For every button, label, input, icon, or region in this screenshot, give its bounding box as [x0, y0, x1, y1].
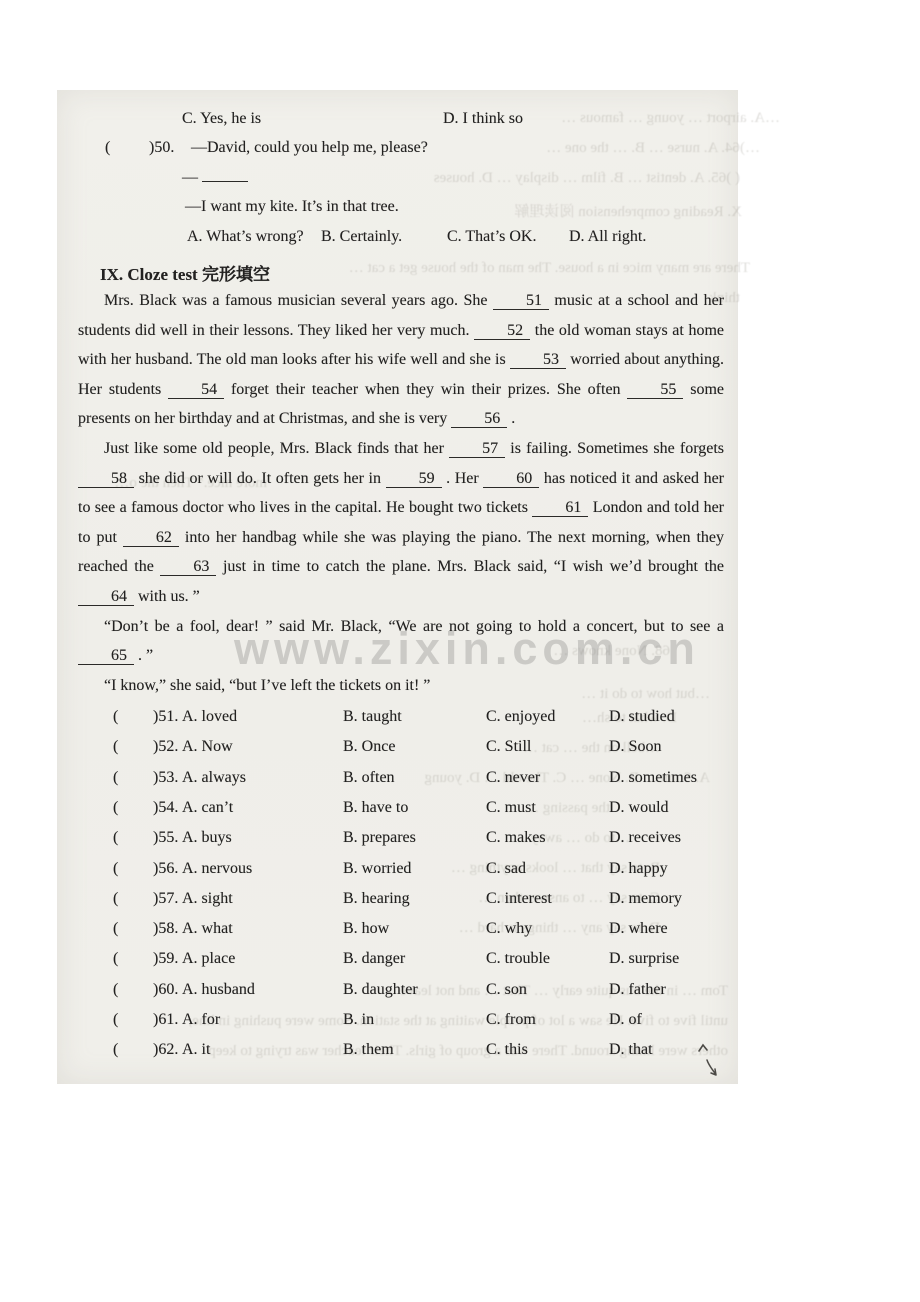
question50-blank-line: —	[182, 168, 248, 187]
bleedthrough-text: …)64. A. nurse … B. … the one …	[430, 140, 760, 157]
cloze-option-row: ( )55. A. buys B. prepares C. makes D. r…	[57, 829, 738, 859]
scanned-test-page: { "page": { "background": "#ffffff", "pa…	[0, 0, 920, 1302]
option-b: B. hearing	[343, 890, 410, 908]
option-c: C. interest	[486, 890, 552, 908]
answer-paren: (	[113, 1011, 118, 1029]
option-d: D. receives	[609, 829, 681, 847]
option-b: B. them	[343, 1041, 394, 1059]
option-d: D. of	[609, 1011, 642, 1029]
bleedthrough-text: There are many mice in a house. The man …	[290, 260, 750, 277]
answer-paren: (	[113, 1041, 118, 1059]
question-number: )57.	[153, 890, 178, 908]
option-d: D. sometimes	[609, 769, 697, 787]
cloze-option-row: ( )62. A. it B. them C. this D. that	[57, 1041, 738, 1071]
cloze-blank: 64	[78, 589, 134, 606]
option-b: B. daughter	[343, 981, 418, 999]
answer-paren: (	[113, 708, 118, 726]
option-c: C. why	[486, 920, 532, 938]
option-c: C. trouble	[486, 950, 550, 968]
cloze-option-row: ( )60. A. husband B. daughter C. son D. …	[57, 981, 738, 1011]
option-b: B. how	[343, 920, 389, 938]
answer-blank-underline	[202, 168, 248, 182]
option-a: A. nervous	[182, 860, 252, 878]
option-c: C. sad	[486, 860, 526, 878]
cloze-blank: 65	[78, 648, 134, 665]
question-number: )54.	[153, 799, 178, 817]
question50-line3: —I want my kite. It’s in that tree.	[185, 198, 399, 216]
question-prompt: —David, could you help me, please?	[191, 139, 428, 157]
cloze-option-row: ( )51. A. loved B. taught C. enjoyed D. …	[57, 708, 738, 738]
question-number: )51.	[153, 708, 178, 726]
answer-paren: (	[113, 981, 118, 999]
cloze-option-row: ( )59. A. place B. danger C. trouble D. …	[57, 950, 738, 980]
option-b: B. prepares	[343, 829, 416, 847]
watermark-text: www.zixin.com.cn	[234, 623, 700, 675]
cloze-blank: 55	[627, 382, 683, 399]
option-c: C. must	[486, 799, 536, 817]
bleedthrough-text: X. Reading comprehension 阅读理解	[432, 200, 742, 221]
option-a: A. what	[182, 920, 233, 938]
question-number: )50.	[149, 139, 174, 157]
cloze-blank: 60	[483, 471, 539, 488]
option-d: D. memory	[609, 890, 682, 908]
option-a: A. always	[182, 769, 246, 787]
option-d: D. Soon	[609, 738, 661, 756]
scanned-paper: …A. airport … young … famous ……)64. A. n…	[57, 90, 738, 1084]
cloze-option-row: ( )61. A. for B. in C. from D. of	[57, 1011, 738, 1041]
cloze-option-row: ( )54. A. can’t B. have to C. must D. wo…	[57, 799, 738, 829]
question-number: )61.	[153, 1011, 178, 1029]
answer-paren: (	[113, 920, 118, 938]
cloze-blank: 58	[78, 471, 134, 488]
option-c: C. Still	[486, 738, 531, 756]
option-d: D. would	[609, 799, 669, 817]
option-d: D. that	[609, 1041, 653, 1059]
option-c: C. Yes, he is	[182, 110, 261, 128]
option-a: A. buys	[182, 829, 232, 847]
answer-paren: (	[113, 799, 118, 817]
cloze-blank: 57	[449, 441, 505, 458]
answer-paren: (	[113, 860, 118, 878]
option-b: B. in	[343, 1011, 374, 1029]
bleedthrough-text: …A. airport … young … famous …	[500, 110, 780, 127]
option-a: A. for	[182, 1011, 220, 1029]
answer-paren: (	[113, 890, 118, 908]
option-b: B. Once	[343, 738, 395, 756]
option-a: A. husband	[182, 981, 255, 999]
cloze-option-row: ( )57. A. sight B. hearing C. interest D…	[57, 890, 738, 920]
option-a: A. sight	[182, 890, 233, 908]
cloze-option-row: ( )56. A. nervous B. worried C. sad D. h…	[57, 860, 738, 890]
cloze-blank: 63	[160, 559, 216, 576]
cloze-paragraph-2: Just like some old people, Mrs. Black fi…	[78, 434, 724, 612]
answer-a: A. What’s wrong?	[187, 228, 304, 246]
cloze-paragraph-1: Mrs. Black was a famous musician several…	[78, 286, 724, 434]
option-b: B. danger	[343, 950, 405, 968]
option-a: A. place	[182, 950, 235, 968]
option-b: B. have to	[343, 799, 408, 817]
cloze-blank: 54	[168, 382, 224, 399]
option-c: C. this	[486, 1041, 528, 1059]
question-number: )56.	[153, 860, 178, 878]
cloze-option-row: ( )52. A. Now B. Once C. Still D. Soon	[57, 738, 738, 768]
question-number: )55.	[153, 829, 178, 847]
question-number: )52.	[153, 738, 178, 756]
answer-paren: (	[113, 769, 118, 787]
cloze-options-list: ( )51. A. loved B. taught C. enjoyed D. …	[57, 708, 738, 1084]
cloze-blank: 51	[493, 293, 549, 310]
answer-d: D. All right.	[569, 228, 646, 246]
answer-paren: (	[113, 950, 118, 968]
answer-paren: (	[113, 738, 118, 756]
option-a: A. loved	[182, 708, 237, 726]
question-number: )53.	[153, 769, 178, 787]
question-number: )59.	[153, 950, 178, 968]
option-c: C. never	[486, 769, 540, 787]
option-d: D. father	[609, 981, 666, 999]
option-d: D. where	[609, 920, 668, 938]
dash: —	[182, 169, 198, 186]
cloze-blank: 52	[474, 323, 530, 340]
option-d: D. I think so	[443, 110, 523, 128]
cloze-blank: 59	[386, 471, 442, 488]
cloze-option-row: ( )53. A. always B. often C. never D. so…	[57, 769, 738, 799]
answer-paren: (	[113, 829, 118, 847]
answer-c: C. That’s OK.	[447, 228, 536, 246]
option-a: A. it	[182, 1041, 210, 1059]
option-d: D. surprise	[609, 950, 679, 968]
cloze-blank: 56	[451, 411, 507, 428]
bleedthrough-text: ( )65. A. dentist … B. film … display … …	[250, 170, 740, 187]
option-a: A. can’t	[182, 799, 233, 817]
question-number: )58.	[153, 920, 178, 938]
option-c: C. son	[486, 981, 527, 999]
question-number: )62.	[153, 1041, 178, 1059]
question-number: )60.	[153, 981, 178, 999]
option-b: B. often	[343, 769, 395, 787]
option-d: D. happy	[609, 860, 668, 878]
option-c: C. enjoyed	[486, 708, 555, 726]
cloze-blank: 61	[532, 500, 588, 517]
cloze-paragraph-4: “I know,” she said, “but I’ve left the t…	[78, 671, 724, 701]
pen-mark	[694, 1042, 722, 1082]
cloze-blank: 62	[123, 530, 179, 547]
option-d: D. studied	[609, 708, 675, 726]
option-c: C. makes	[486, 829, 546, 847]
cloze-blank: 53	[510, 352, 566, 369]
option-b: B. taught	[343, 708, 402, 726]
option-c: C. from	[486, 1011, 536, 1029]
section-heading: IX. Cloze test 完形填空	[100, 260, 270, 285]
answer-b: B. Certainly.	[321, 228, 402, 246]
option-b: B. worried	[343, 860, 411, 878]
option-a: A. Now	[182, 738, 233, 756]
cloze-option-row: ( )58. A. what B. how C. why D. where	[57, 920, 738, 950]
answer-paren: (	[105, 139, 110, 157]
